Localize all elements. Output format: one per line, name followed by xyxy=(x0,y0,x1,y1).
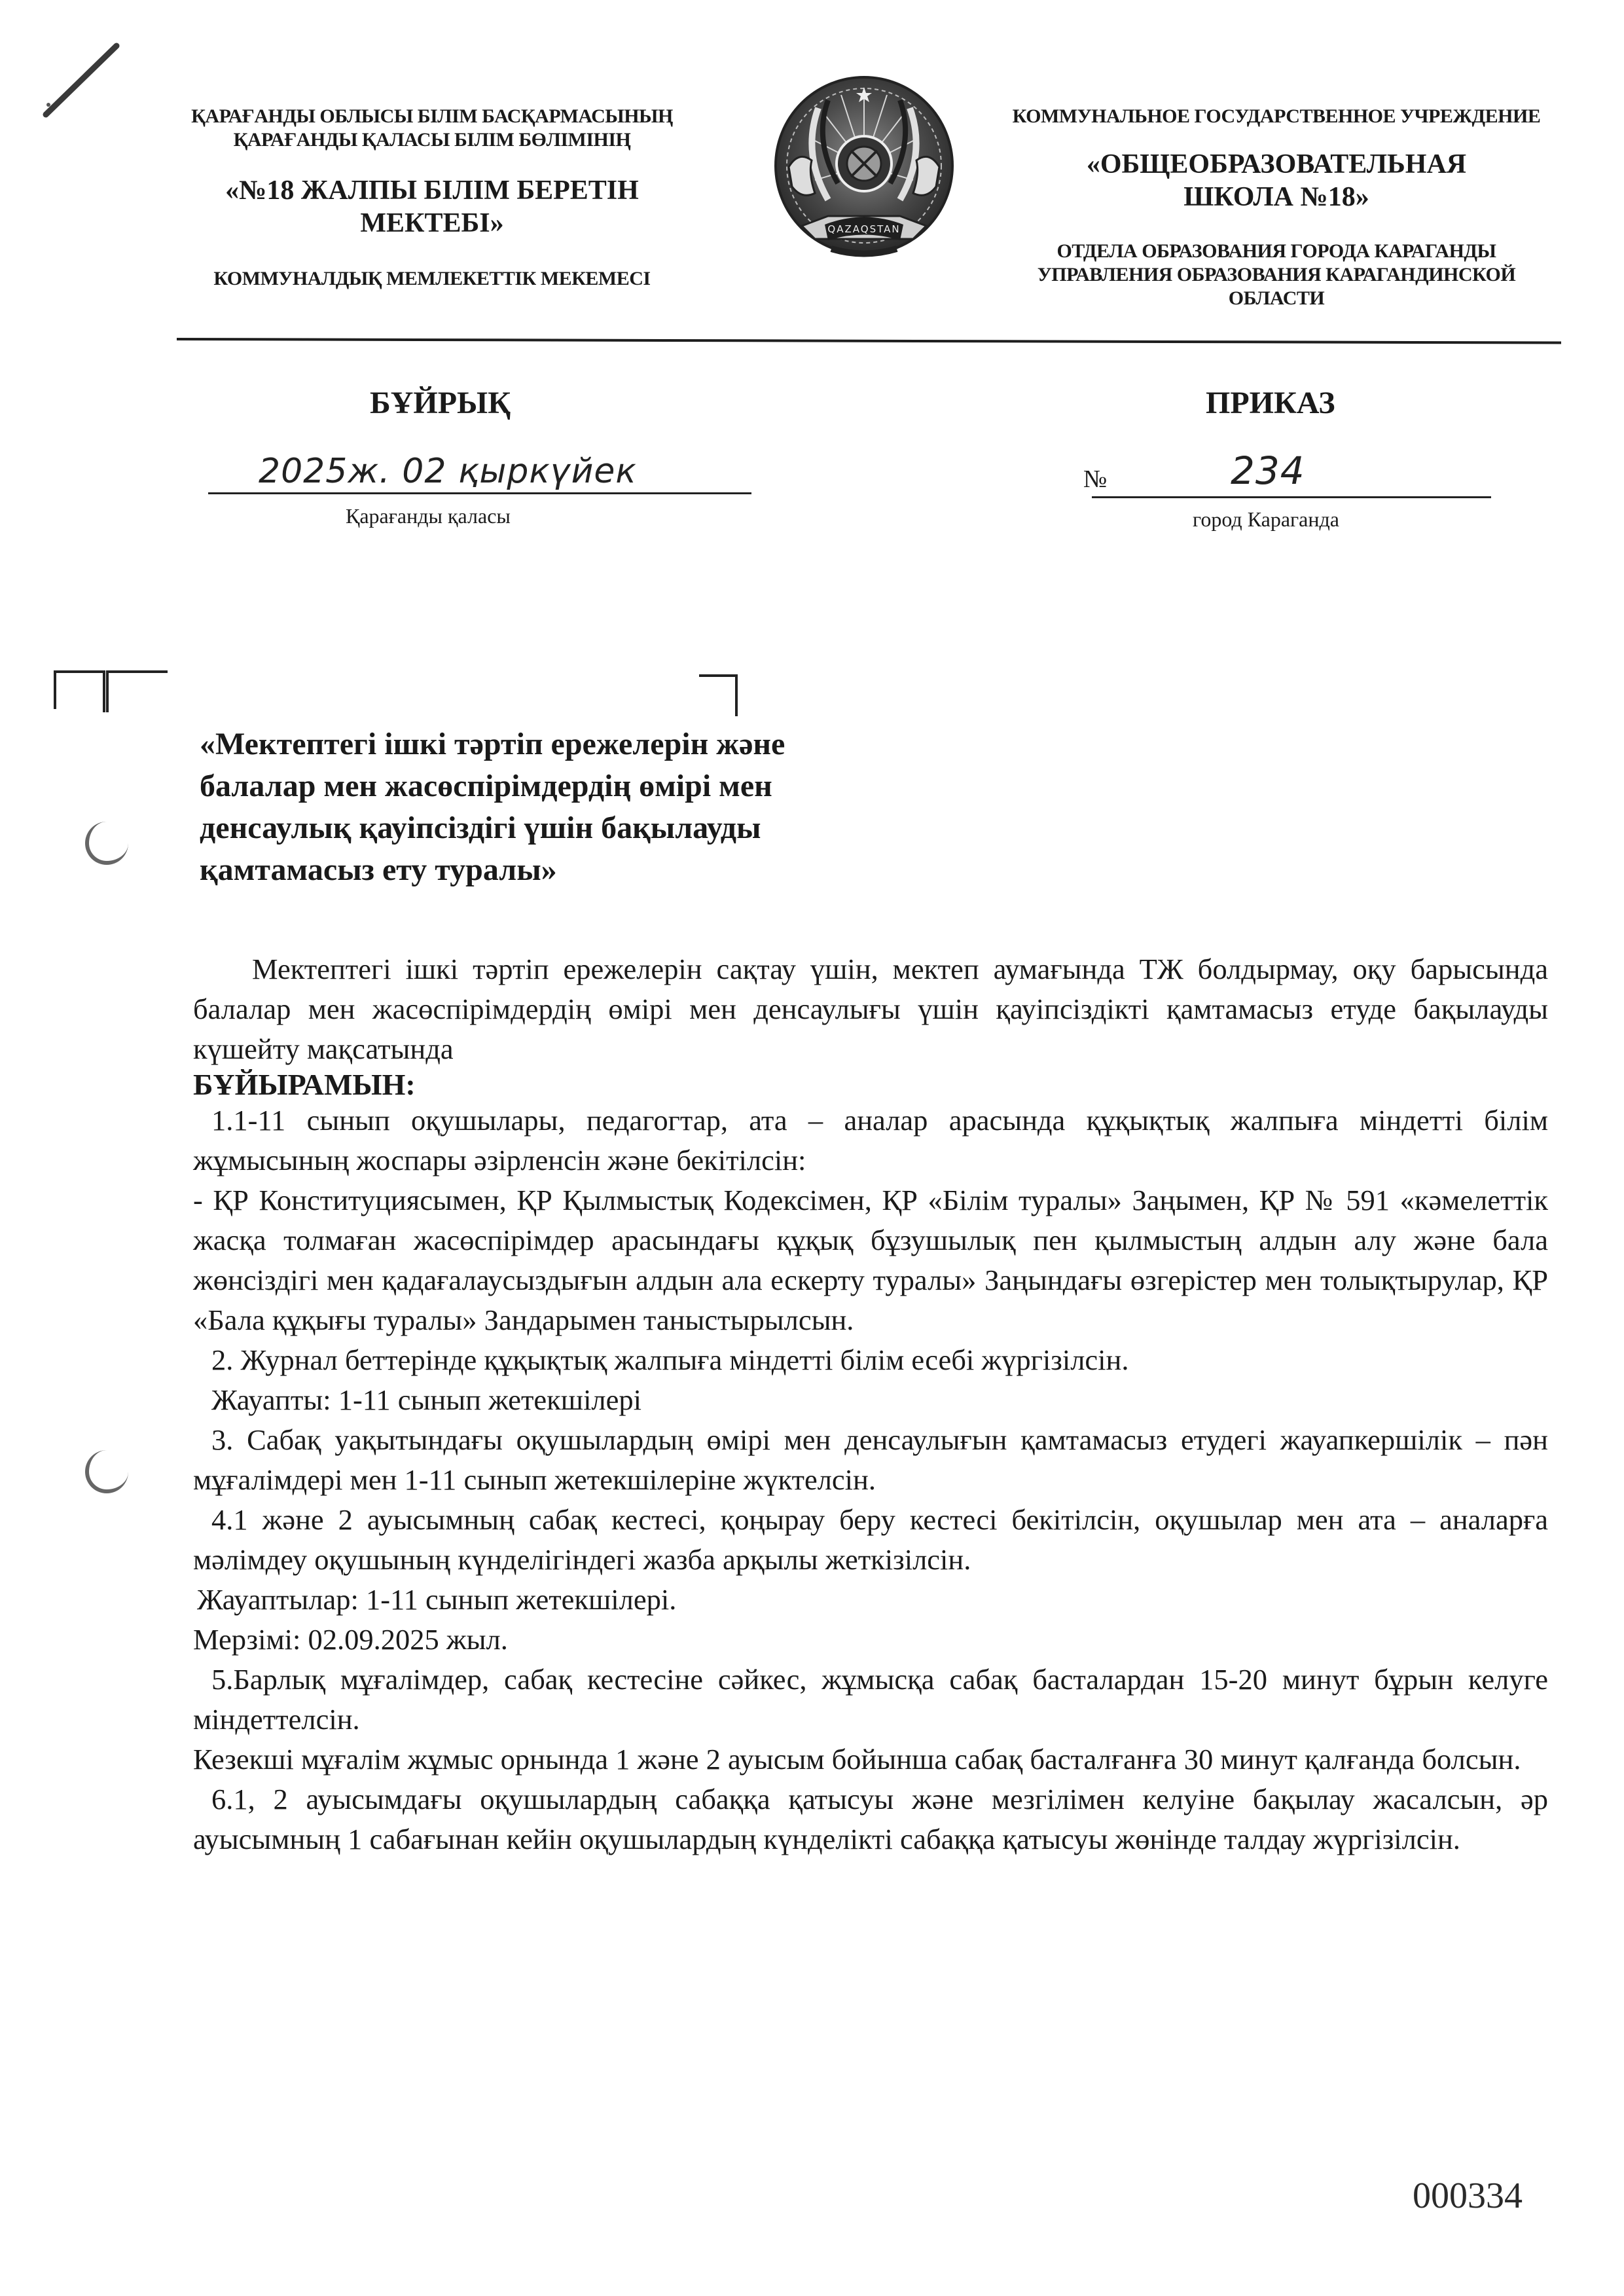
staple-mark-icon xyxy=(39,33,131,124)
order-date-handwritten: 2025ж. 02 қыркүйек xyxy=(259,452,637,491)
item-2-responsible: Жауапты: 1-11 сынып жетекшілері xyxy=(193,1380,1548,1420)
item-4-deadline: Мерзімі: 02.09.2025 жыл. xyxy=(193,1620,1548,1660)
order-number-label: № xyxy=(1083,465,1107,494)
bracket-top-right xyxy=(699,674,738,716)
header-right: КОММУНАЛЬНОЕ ГОСУДАРСТВЕННОЕ УЧРЕЖДЕНИЕ … xyxy=(995,105,1558,310)
header-right-line2: УПРАВЛЕНИЯ ОБРАЗОВАНИЯ КАРАГАНДИНСКОЙ xyxy=(995,263,1558,287)
state-emblem-icon: QAZAQSTAN xyxy=(763,69,965,272)
item-3: 3. Сабақ уақытындағы оқушылардың өмірі м… xyxy=(193,1420,1548,1500)
item-1-sub: - ҚР Конституциясымен, ҚР Қылмыстық Коде… xyxy=(193,1180,1548,1340)
preamble: Мектептегі ішкі тәртіп ережелерін сақтау… xyxy=(193,949,1548,1069)
subject-line-4: қамтамасыз ету туралы» xyxy=(200,849,952,891)
item-5-duty: Кезекші мұғалім жұмыс орнында 1 және 2 а… xyxy=(193,1740,1548,1779)
bracket-top-left-3 xyxy=(106,670,168,712)
subject-line-3: денсаулық қауіпсіздігі үшін бақылауды xyxy=(200,807,952,849)
item-4: 4.1 және 2 ауысымның сабақ кестесі, қоңы… xyxy=(193,1500,1548,1580)
subject-line-2: балалар мен жасөспірімдердің өмірі мен xyxy=(200,765,952,807)
header-right-line1: ОТДЕЛА ОБРАЗОВАНИЯ ГОРОДА КАРАГАНДЫ xyxy=(995,240,1558,263)
punch-hole-mark-2 xyxy=(85,1450,128,1493)
institution-type-ru: КОММУНАЛЬНОЕ ГОСУДАРСТВЕННОЕ УЧРЕЖДЕНИЕ xyxy=(995,105,1558,128)
item-6: 6.1, 2 ауысымдағы оқушылардың сабаққа қа… xyxy=(193,1779,1548,1859)
order-subject: «Мектептегі ішкі тәртіп ережелерін және … xyxy=(200,723,952,891)
institution-type-kz: КОММУНАЛДЫҚ МЕМЛЕКЕТТІК МЕКЕМЕСІ xyxy=(177,267,687,291)
date-underline xyxy=(208,492,751,494)
header-left-line1: ҚАРАҒАНДЫ ОБЛЫСЫ БІЛІМ БАСҚАРМАСЫНЫҢ xyxy=(177,105,687,128)
order-word: БҰЙЫРАМЫН: xyxy=(193,1069,1548,1101)
school-name-ru-line2: ШКОЛА №18» xyxy=(995,181,1558,213)
item-5: 5.Барлық мұғалімдер, сабақ кестесіне сәй… xyxy=(193,1660,1548,1740)
order-title-ru: ПРИКАЗ xyxy=(1206,385,1335,421)
order-body: Мектептегі ішкі тәртіп ережелерін сақтау… xyxy=(193,949,1548,1859)
header-left-line2: ҚАРАҒАНДЫ ҚАЛАСЫ БІЛІМ БӨЛІМІНІҢ xyxy=(177,128,687,152)
item-2: 2. Журнал беттерінде құқықтық жалпыға мі… xyxy=(193,1340,1548,1380)
punch-hole-mark-1 xyxy=(85,822,128,865)
order-number-handwritten: 234 xyxy=(1231,448,1305,493)
city-ru: город Караганда xyxy=(1193,507,1339,532)
order-title-kz: БҰЙРЫҚ xyxy=(370,385,511,421)
school-name-kz-line1: «№18 ЖАЛПЫ БІЛІМ БЕРЕТІН xyxy=(177,174,687,207)
school-name-ru-line1: «ОБЩЕОБРАЗОВАТЕЛЬНАЯ xyxy=(995,148,1558,181)
item-1: 1.1-11 сынып оқушылары, педагогтар, ата … xyxy=(193,1101,1548,1180)
header-left: ҚАРАҒАНДЫ ОБЛЫСЫ БІЛІМ БАСҚАРМАСЫНЫҢ ҚАР… xyxy=(177,105,687,291)
subject-line-1: «Мектептегі ішкі тәртіп ережелерін және xyxy=(200,723,952,765)
emblem-ribbon-text: QAZAQSTAN xyxy=(827,223,900,235)
header-divider xyxy=(177,338,1561,344)
item-4-responsible: Жауаптылар: 1-11 сынып жетекшілері. xyxy=(193,1580,1548,1620)
page-code: 000334 xyxy=(1413,2175,1523,2217)
bracket-top-left-2 xyxy=(73,670,105,712)
city-kz: Қарағанды қаласы xyxy=(346,504,511,528)
school-name-kz-line2: МЕКТЕБІ» xyxy=(177,207,687,240)
header-right-line3: ОБЛАСТИ xyxy=(995,287,1558,310)
number-underline xyxy=(1092,496,1491,498)
